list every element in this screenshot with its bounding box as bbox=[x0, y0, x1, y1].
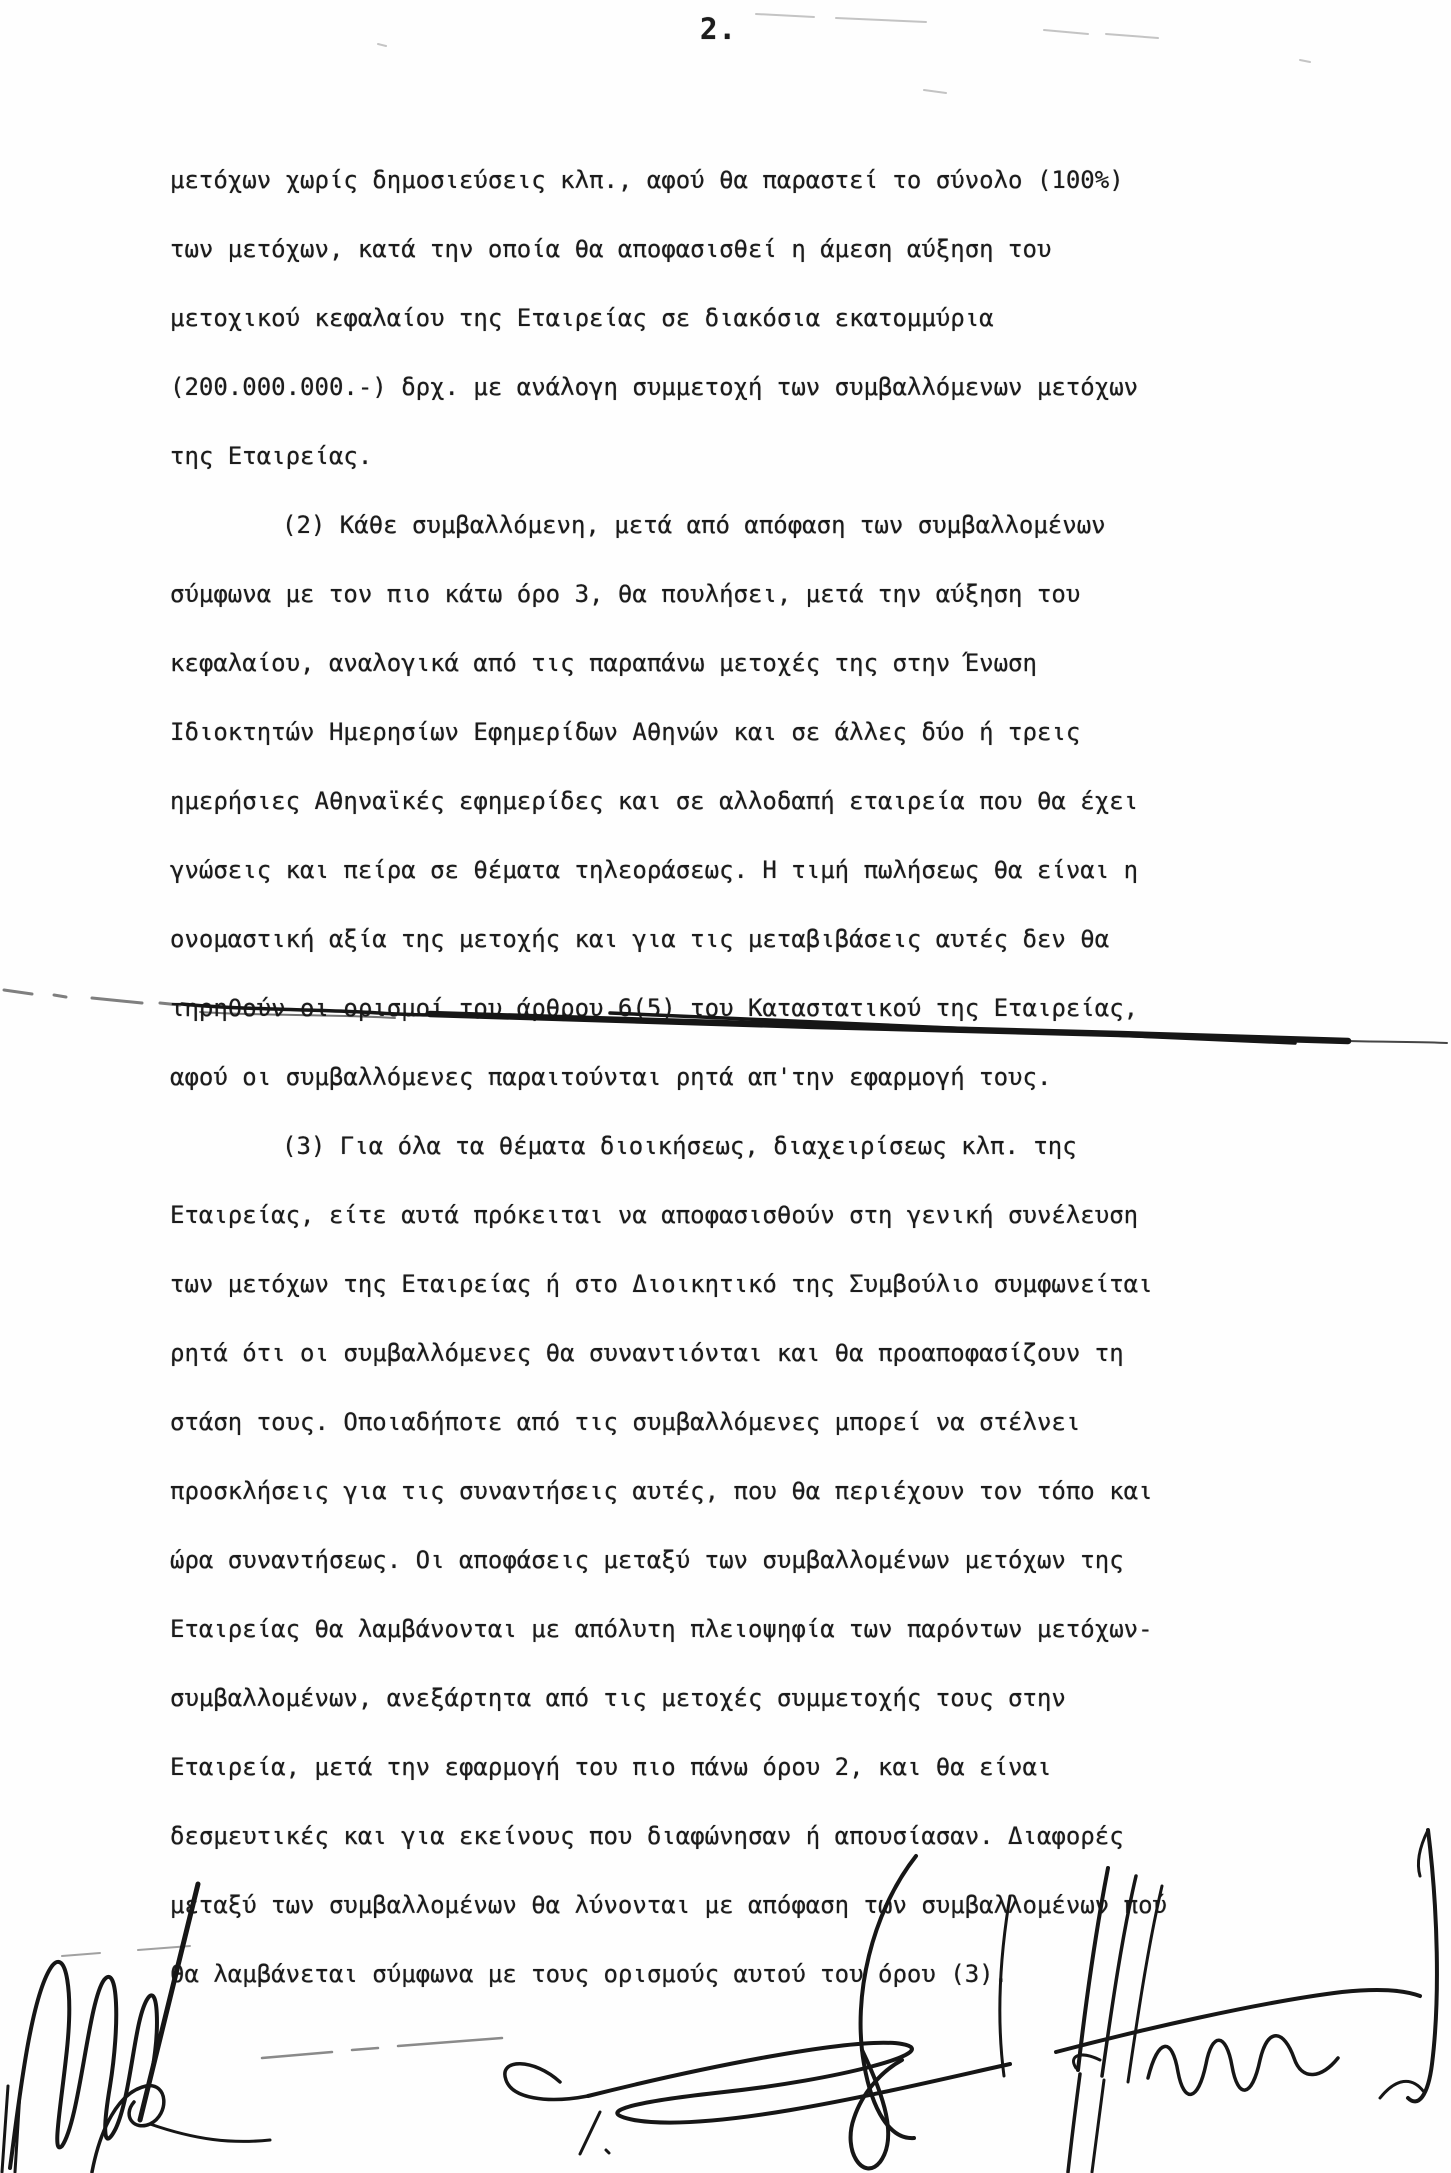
document-line-struck: τηρηθούν οι ορισμοί του άρθρου 6(5) του … bbox=[170, 974, 1410, 1043]
document-line: ημερήσιες Αθηναϊκές εφημερίδες και σε αλ… bbox=[170, 767, 1410, 836]
document-line: Ιδιοκτητών Ημερησίων Εφημερίδων Αθηνών κ… bbox=[170, 698, 1410, 767]
document-line: Εταιρεία, μετά την εφαρμογή του πιο πάνω… bbox=[170, 1733, 1410, 1802]
signature-center-flourish bbox=[262, 2038, 1010, 2168]
document-line: σύμφωνα με τον πιο κάτω όρο 3, θα πουλήσ… bbox=[170, 560, 1410, 629]
document-line: στάση τους. Οποιαδήποτε από τις συμβαλλό… bbox=[170, 1388, 1410, 1457]
document-line: Εταιρείας, είτε αυτά πρόκειται να αποφασ… bbox=[170, 1181, 1410, 1250]
document-line: δεσμευτικές και για εκείνους που διαφώνη… bbox=[170, 1802, 1410, 1871]
document-line: ώρα συναντήσεως. Οι αποφάσεις μεταξύ των… bbox=[170, 1526, 1410, 1595]
document-line: γνώσεις και πείρα σε θέματα τηλεοράσεως.… bbox=[170, 836, 1410, 905]
document-line: ονομαστική αξία της μετοχής και για τις … bbox=[170, 905, 1410, 974]
document-line: κεφαλαίου, αναλογικά από τις παραπάνω με… bbox=[170, 629, 1410, 698]
document-line: ρητά ότι οι συμβαλλόμενες θα συναντιόντα… bbox=[170, 1319, 1410, 1388]
page-number: 2. bbox=[700, 12, 737, 46]
scanned-document-page: 2. μετόχων χωρίς δημοσιεύσεις κλπ., αφού… bbox=[0, 0, 1451, 2173]
document-line: προσκλήσεις για τις συναντήσεις αυτές, π… bbox=[170, 1457, 1410, 1526]
document-line: συμβαλλομένων, ανεξάρτητα από τις μετοχέ… bbox=[170, 1664, 1410, 1733]
document-line: μετοχικού κεφαλαίου της Εταιρείας σε δια… bbox=[170, 284, 1410, 353]
document-text-block: μετόχων χωρίς δημοσιεύσεις κλπ., αφού θα… bbox=[170, 146, 1410, 2009]
document-line: θα λαμβάνεται σύμφωνα με τους ορισμούς α… bbox=[170, 1940, 1410, 2009]
document-line: των μετόχων, κατά την οποία θα αποφασισθ… bbox=[170, 215, 1410, 284]
document-line: αφού οι συμβαλλόμενες παραιτούνται ρητά … bbox=[170, 1043, 1410, 1112]
document-line-clause-2-start: (2) Κάθε συμβαλλόμενη, μετά από απόφαση … bbox=[170, 491, 1410, 560]
document-line: της Εταιρείας. bbox=[170, 422, 1410, 491]
document-line: Εταιρείας θα λαμβάνονται με απόλυτη πλει… bbox=[170, 1595, 1410, 1664]
document-line-clause-3-start: (3) Για όλα τα θέματα διοικήσεως, διαχει… bbox=[170, 1112, 1410, 1181]
scan-speck-marks bbox=[378, 14, 1310, 93]
document-line: των μετόχων της Εταιρείας ή στο Διοικητι… bbox=[170, 1250, 1410, 1319]
document-line: (200.000.000.-) δρχ. με ανάλογη συμμετοχ… bbox=[170, 353, 1410, 422]
slash-dot-mark bbox=[580, 2112, 609, 2154]
document-line: μετόχων χωρίς δημοσιεύσεις κλπ., αφού θα… bbox=[170, 146, 1410, 215]
document-line: μεταξύ των συμβαλλομένων θα λύνονται με … bbox=[170, 1871, 1410, 1940]
